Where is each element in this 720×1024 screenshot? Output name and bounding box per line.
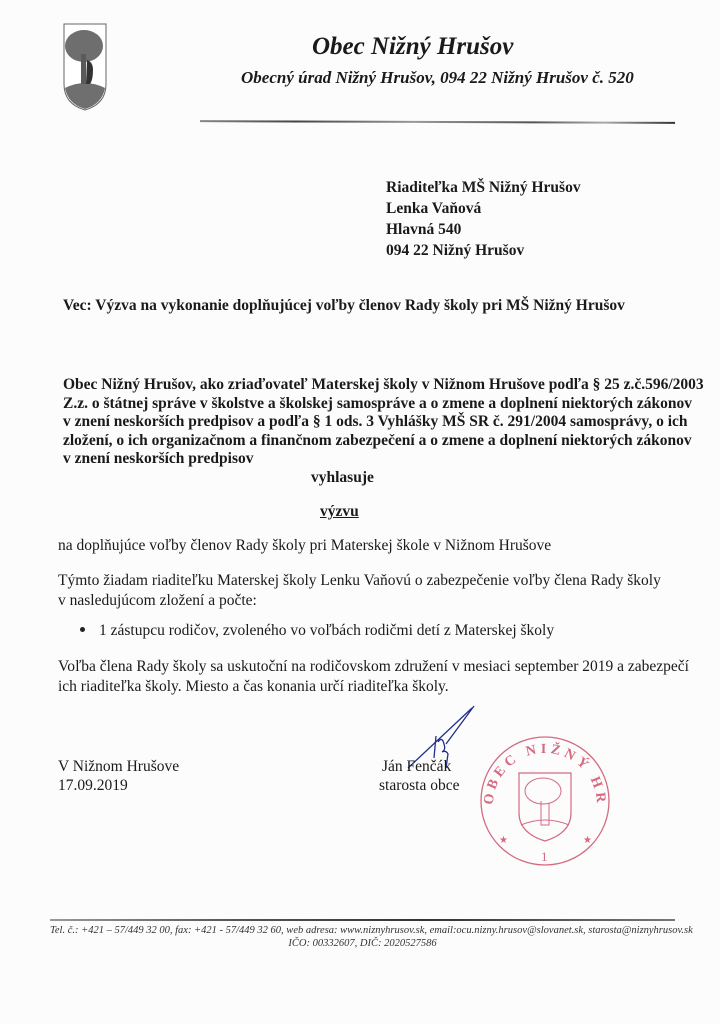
svg-text:★: ★ <box>583 835 592 846</box>
recipient-line: Lenka Vaňová <box>386 198 581 219</box>
intro-paragraph: Obec Nižný Hrušov, ako zriaďovateľ Mater… <box>63 376 673 469</box>
intro-line: zložení, o ich organizačnom a finančnom … <box>63 432 673 451</box>
office-address: Obecný úrad Nižný Hrušov, 094 22 Nižný H… <box>241 68 634 88</box>
body-line: Voľba člena Rady školy sa uskutoční na r… <box>58 657 689 677</box>
footer-contact: Tel. č.: +421 – 57/449 32 00, fax: +421 … <box>50 924 675 950</box>
footer-ids: IČO: 00332607, DIČ: 2020527586 <box>50 937 675 950</box>
place-date: V Nižnom Hrušove 17.09.2019 <box>58 757 179 795</box>
body-paragraph-1: na doplňujúce voľby členov Rady školy pr… <box>58 537 551 555</box>
body-paragraph-2: Týmto žiadam riaditeľku Materskej školy … <box>58 571 661 611</box>
intro-line: Obec Nižný Hrušov, ako zriaďovateľ Mater… <box>63 376 673 395</box>
recipient-address: Riaditeľka MŠ Nižný Hrušov Lenka Vaňová … <box>386 177 581 261</box>
municipality-title: Obec Nižný Hrušov <box>312 33 513 61</box>
coat-of-arms-icon <box>62 22 108 112</box>
intro-line: v znení neskorších predpisov <box>63 450 673 469</box>
svg-text:1: 1 <box>541 849 548 864</box>
footer-divider <box>50 919 675 921</box>
body-line: Týmto žiadam riaditeľku Materskej školy … <box>58 571 661 591</box>
signer-block: Ján Fenčák starosta obce <box>382 757 459 795</box>
body-paragraph-3: Voľba člena Rady školy sa uskutoční na r… <box>58 657 689 697</box>
body-line: ich riaditeľka školy. Miesto a čas konan… <box>58 677 689 697</box>
subject-line: Vec: Výzva na vykonanie doplňujúcej voľb… <box>63 297 625 315</box>
footer-contacts: Tel. č.: +421 – 57/449 32 00, fax: +421 … <box>50 924 675 937</box>
bullet-text: 1 zástupcu rodičov, zvoleného vo voľbách… <box>99 622 554 639</box>
header-divider <box>200 120 675 124</box>
body-line: v nasledujúcom zložení a počte: <box>58 591 661 611</box>
place: V Nižnom Hrušove <box>58 757 179 776</box>
bullet-icon <box>80 627 85 632</box>
intro-line: v znení neskorších predpisov a podľa § 1… <box>63 413 673 432</box>
call-heading: výzvu <box>320 503 359 521</box>
svg-text:OBEC NIŽNÝ HRUŠOV: OBEC NIŽNÝ HRUŠOV <box>475 733 608 807</box>
date: 17.09.2019 <box>58 776 179 795</box>
recipient-line: Hlavná 540 <box>386 219 581 240</box>
signer-name: Ján Fenčák <box>382 757 459 776</box>
svg-text:★: ★ <box>499 835 508 846</box>
signer-title: starosta obce <box>379 776 459 795</box>
official-stamp-icon: OBEC NIŽNÝ HRUŠOV ★ ★ 1 <box>475 733 615 868</box>
intro-line: Z.z. o štátnej správe v školstve a škols… <box>63 395 673 414</box>
recipient-line: Riaditeľka MŠ Nižný Hrušov <box>386 177 581 198</box>
bullet-item: 1 zástupcu rodičov, zvoleného vo voľbách… <box>80 622 554 640</box>
recipient-line: 094 22 Nižný Hrušov <box>386 240 581 261</box>
announce-word: vyhlasuje <box>311 469 374 487</box>
